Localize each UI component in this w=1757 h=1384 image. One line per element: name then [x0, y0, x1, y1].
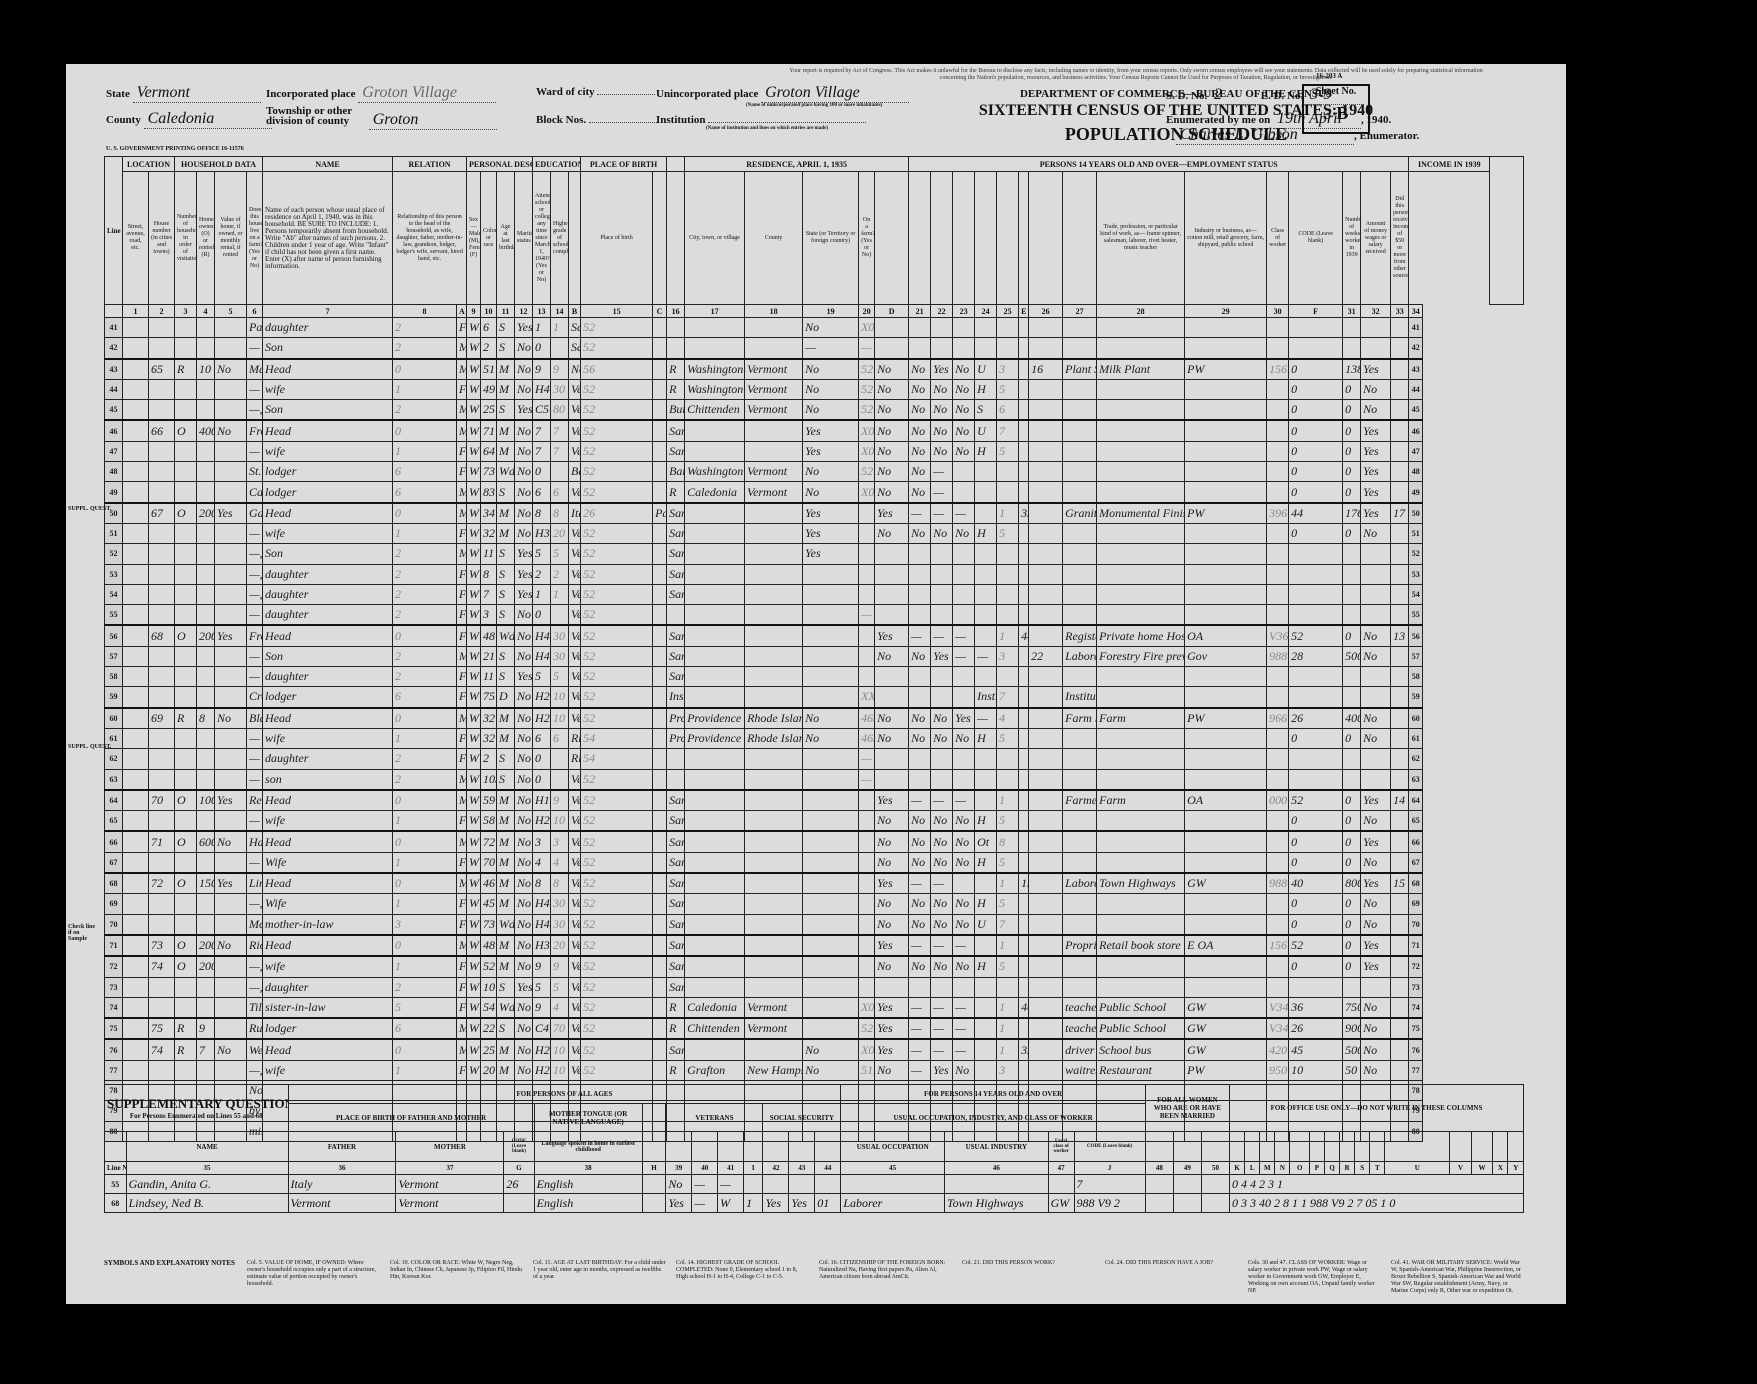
- cell-relation: daughter: [263, 605, 393, 626]
- cell-value: [197, 584, 215, 604]
- cell-value: [197, 605, 215, 626]
- table-row: 54—, Lona L.daughter2FW7SYes11Vermont52S…: [105, 584, 1524, 604]
- cell-relation: son: [263, 769, 393, 790]
- cell-name: — Maude S.: [247, 811, 263, 832]
- cell-wages: 800: [1343, 873, 1361, 894]
- cell-farm: Yes: [215, 625, 247, 646]
- cell-birthplace: Vermont: [569, 831, 581, 852]
- supp-cell-c44: [815, 1175, 841, 1194]
- cell-school: Yes: [515, 564, 533, 584]
- cell-c22: —: [909, 873, 931, 894]
- cell-code: 966 VV 1: [1267, 708, 1289, 729]
- all-ages-header: FOR PERSONS OF ALL AGES: [288, 1085, 841, 1104]
- cell-code: V36 92 4: [1267, 625, 1289, 646]
- line-number: 71: [1409, 935, 1423, 956]
- occupation-examples: Trade, profession, or particular kind of…: [1097, 172, 1185, 305]
- cell-race: W: [467, 523, 481, 543]
- cell-cA: 1: [393, 811, 457, 832]
- cell-other: No: [1361, 1018, 1391, 1039]
- cell-marital: S: [497, 977, 515, 997]
- cell-c22: [909, 564, 931, 584]
- cell-farm: [215, 482, 247, 503]
- cell-wages: 0: [1343, 728, 1361, 748]
- table-row: 45—, Harry A. (Ab)Son2MW25SYesC580Vermon…: [105, 400, 1524, 421]
- cell-school: No: [515, 503, 533, 524]
- cell-res-farm: No: [803, 379, 859, 399]
- line-number: 74: [1409, 997, 1423, 1018]
- cell-c22: No: [909, 852, 931, 873]
- table-row: 6470O1000YesRengman, Eugene E. ⊗Head0MW5…: [105, 790, 1524, 811]
- cell-street: [123, 605, 149, 626]
- cell-c34: [1391, 379, 1409, 399]
- cell-birthplace: Same Place: [569, 318, 581, 338]
- cell-grade: H2: [533, 708, 551, 729]
- cell-c24: No: [953, 811, 975, 832]
- cell-c24: [953, 687, 975, 708]
- cell-cD: [859, 873, 875, 894]
- cell-res-farm: [803, 914, 859, 935]
- cell-age: 11: [481, 544, 497, 564]
- cell-cD: [859, 625, 875, 646]
- cell-class: E OA: [1185, 935, 1267, 956]
- cell-house: [149, 728, 175, 748]
- cell-c34: [1391, 646, 1409, 666]
- line-number: 73: [105, 977, 123, 997]
- form-number: 16-203 A: [1316, 72, 1342, 80]
- cell-farm: [215, 977, 247, 997]
- cell-farm: No: [215, 359, 247, 380]
- cell-wages: 400: [1343, 708, 1361, 729]
- table-row: 59Crown, Rosa J.lodger6FW75DNoH210Vermon…: [105, 687, 1524, 708]
- cell-school: No: [515, 646, 533, 666]
- cell-race: W: [467, 811, 481, 832]
- cell-res-city: R: [667, 997, 685, 1018]
- cell-cE: [997, 318, 1019, 338]
- cell-class: PW: [1185, 359, 1267, 380]
- cell-relation: lodger: [263, 482, 393, 503]
- cell-sex: F: [457, 852, 467, 873]
- cell-name: —, Katherine M.: [247, 977, 263, 997]
- cell-sex: M: [457, 420, 467, 441]
- employment-header: PERSONS 14 YEARS OLD AND OVER—EMPLOYMENT…: [909, 157, 1409, 172]
- cell-class: [1185, 523, 1267, 543]
- table-row: 7274O2000—, Addie E.wife1FW52MNo99Vermon…: [105, 956, 1524, 977]
- cell-cC: 52: [581, 956, 653, 977]
- cell-res-state: Vermont: [745, 400, 803, 421]
- cell-other: No: [1361, 400, 1391, 421]
- cell-street: [123, 749, 149, 769]
- cell-cB: 30: [551, 914, 569, 935]
- cell-owned: [175, 605, 197, 626]
- cell-birthplace: Vermont: [569, 646, 581, 666]
- line-number: 55: [1409, 605, 1423, 626]
- cell-res-county: [685, 811, 745, 832]
- cell-weeks: 0: [1289, 523, 1343, 543]
- cell-house: 66: [149, 420, 175, 441]
- cell-res-county: [685, 667, 745, 687]
- cell-industry: [1097, 956, 1185, 977]
- cell-c25: [975, 935, 997, 956]
- cell-class: GW: [1185, 873, 1267, 894]
- cell-code: [1267, 420, 1289, 441]
- cell-race: W: [467, 728, 481, 748]
- cell-wages: [1343, 687, 1361, 708]
- cell-birthplace: Vermont: [569, 708, 581, 729]
- cell-owned: O: [175, 935, 197, 956]
- cell-cC: 52: [581, 873, 653, 894]
- cell-cC: 52: [581, 523, 653, 543]
- cell-sex: M: [457, 338, 467, 359]
- cell-school: Yes: [515, 318, 533, 338]
- cell-c22: No: [909, 379, 931, 399]
- cell-c22: No: [909, 728, 931, 748]
- cell-cit: [653, 977, 667, 997]
- cell-res-county: [685, 564, 745, 584]
- cell-code: [1267, 914, 1289, 935]
- cell-c27: [1029, 544, 1063, 564]
- cell-relation: Son: [263, 338, 393, 359]
- cell-res-farm: No: [803, 359, 859, 380]
- cell-res-farm: [803, 667, 859, 687]
- cell-marital: S: [497, 667, 515, 687]
- cell-cD: —: [859, 605, 875, 626]
- cell-grade: 7: [533, 441, 551, 461]
- cell-cA: 2: [393, 400, 457, 421]
- cell-street: [123, 400, 149, 421]
- cell-cit: [653, 338, 667, 359]
- cell-wages: 900: [1343, 1018, 1361, 1039]
- cell-relation: wife: [263, 728, 393, 748]
- cell-house: [149, 462, 175, 482]
- cell-c25: Inst.: [975, 687, 997, 708]
- supp-column-number-row: Line No.353637G38H394041I424344454647J48…: [105, 1162, 1524, 1175]
- cell-cC: 56: [581, 359, 653, 380]
- cell-value: [197, 318, 215, 338]
- cell-age: 22: [481, 1018, 497, 1039]
- cell-farm: [215, 997, 247, 1018]
- line-number: 48: [105, 462, 123, 482]
- cell-cA: 2: [393, 564, 457, 584]
- cell-industry: Monumental Finishing plant: [1097, 503, 1185, 524]
- cell-cD: X0V3: [859, 997, 875, 1018]
- line-number: 64: [1409, 790, 1423, 811]
- block-field: Block Nos.: [536, 114, 657, 126]
- supp-cell-c40: —: [692, 1175, 718, 1194]
- cell-cE: 5: [997, 811, 1019, 832]
- cell-res-city: Insto: [667, 687, 685, 708]
- cell-street: [123, 503, 149, 524]
- cell-c26: [1019, 338, 1029, 359]
- cell-c25: —: [975, 646, 997, 666]
- table-row: 77—, Geneva I. ⊗wife1FW20MNoH210Vermont5…: [105, 1060, 1524, 1080]
- cell-weeks: [1289, 667, 1343, 687]
- cell-c26: [1019, 564, 1029, 584]
- cell-res-state: [745, 605, 803, 626]
- cell-school: Yes: [515, 977, 533, 997]
- cell-farm: [215, 441, 247, 461]
- cell-relation: Wife: [263, 894, 393, 914]
- cell-owned: [175, 646, 197, 666]
- cell-grade: 0: [533, 749, 551, 769]
- cell-sex: F: [457, 997, 467, 1018]
- cell-c21: No: [875, 482, 909, 503]
- line-number: 49: [105, 482, 123, 503]
- cell-farm: [215, 687, 247, 708]
- cell-weeks: 0: [1289, 852, 1343, 873]
- cell-res-state: [745, 749, 803, 769]
- cell-weeks: 28: [1289, 646, 1343, 666]
- cell-weeks: [1289, 564, 1343, 584]
- cell-birthplace: Vermont: [569, 400, 581, 421]
- cell-value: [197, 769, 215, 790]
- relation-header: RELATION: [393, 157, 467, 172]
- cell-c27: [1029, 687, 1063, 708]
- cell-c25: H: [975, 956, 997, 977]
- cell-code: [1267, 667, 1289, 687]
- cell-relation: daughter: [263, 667, 393, 687]
- cell-wages: 0: [1343, 420, 1361, 441]
- cell-other: No: [1361, 625, 1391, 646]
- cell-cD: [859, 977, 875, 997]
- line-number: 76: [105, 1039, 123, 1060]
- supp-cell-language: English: [534, 1194, 642, 1213]
- cell-c24: —: [953, 935, 975, 956]
- cell-birthplace: Vermont: [569, 852, 581, 873]
- cell-c21: Yes: [875, 1039, 909, 1060]
- line-number: 68: [1409, 873, 1423, 894]
- cell-cB: 20: [551, 523, 569, 543]
- cell-school: No: [515, 811, 533, 832]
- cell-res-state: Vermont: [745, 462, 803, 482]
- cell-res-city: Providence: [667, 728, 685, 748]
- cell-c25: H: [975, 379, 997, 399]
- cell-farm: [215, 749, 247, 769]
- cell-industry: Restaurant: [1097, 1060, 1185, 1080]
- cell-street: [123, 852, 149, 873]
- line-number: 70: [1409, 914, 1423, 935]
- cell-res-city: R: [667, 1060, 685, 1080]
- cell-c21: [875, 564, 909, 584]
- cell-cB: [551, 462, 569, 482]
- cell-res-state: [745, 338, 803, 359]
- cell-code: [1267, 400, 1289, 421]
- cell-c27: [1029, 564, 1063, 584]
- cell-cD: [859, 667, 875, 687]
- cell-owned: [175, 977, 197, 997]
- table-row: 4365R10NoMacMillan, Harry A. ⊗Head0MW51M…: [105, 359, 1524, 380]
- cell-res-state: [745, 873, 803, 894]
- cell-c27: [1029, 956, 1063, 977]
- cell-farm: [215, 667, 247, 687]
- cell-farm: [215, 914, 247, 935]
- cell-relation: lodger: [263, 687, 393, 708]
- cell-c26: [1019, 749, 1029, 769]
- cell-res-farm: Yes: [803, 441, 859, 461]
- cell-cE: 3: [997, 359, 1019, 380]
- cell-weeks: [1289, 749, 1343, 769]
- cell-weeks: 52: [1289, 625, 1343, 646]
- cell-class: [1185, 420, 1267, 441]
- cell-relation: Head: [263, 1039, 393, 1060]
- cell-industry: Farm: [1097, 790, 1185, 811]
- cell-c26: [1019, 605, 1029, 626]
- cell-other: [1361, 977, 1391, 997]
- cell-c34: [1391, 728, 1409, 748]
- cell-street: [123, 544, 149, 564]
- cell-cD: [859, 894, 875, 914]
- cell-industry: [1097, 605, 1185, 626]
- cell-cE: 3: [997, 1060, 1019, 1080]
- line-number: 54: [105, 584, 123, 604]
- table-row: 6069R8NoBlanchard, LymanHead0MW32MNoH210…: [105, 708, 1524, 729]
- cell-farm: [215, 523, 247, 543]
- cell-c24: No: [953, 359, 975, 380]
- cell-cD: 5215: [859, 400, 875, 421]
- cell-c22: No: [909, 914, 931, 935]
- cell-cC: 52: [581, 420, 653, 441]
- cell-value: [197, 687, 215, 708]
- cell-cB: [551, 338, 569, 359]
- supp-cell-c43: Yes: [789, 1194, 815, 1213]
- cell-farm: [215, 564, 247, 584]
- cell-cit: [653, 523, 667, 543]
- cell-res-county: Washington: [685, 462, 745, 482]
- cell-c21: [875, 318, 909, 338]
- cell-cE: [997, 667, 1019, 687]
- cell-res-state: Rhode Island: [745, 708, 803, 729]
- line-number: 51: [105, 523, 123, 543]
- cell-code: 420 91 2: [1267, 1039, 1289, 1060]
- supp-cell-line: 68: [105, 1194, 127, 1213]
- cell-race: W: [467, 564, 481, 584]
- cell-cD: [859, 646, 875, 666]
- cell-cB: 9: [551, 956, 569, 977]
- cell-c27: 22: [1029, 646, 1063, 666]
- cell-res-city: Same Place: [667, 441, 685, 461]
- cell-cit: [653, 1018, 667, 1039]
- cell-school: No: [515, 1018, 533, 1039]
- cell-cit: [653, 894, 667, 914]
- supp-table-body: 55Gandin, Anita G.ItalyVermont26EnglishN…: [105, 1175, 1524, 1213]
- cell-cB: 80: [551, 400, 569, 421]
- cell-street: [123, 997, 149, 1018]
- cell-industry: Private home Hospital: [1097, 625, 1185, 646]
- cell-farm: [215, 544, 247, 564]
- line-number: 61: [1409, 728, 1423, 748]
- veterans-header: VETERANS: [666, 1104, 763, 1132]
- cell-res-state: Vermont: [745, 482, 803, 503]
- cell-c24: —: [953, 625, 975, 646]
- cell-c25: H: [975, 894, 997, 914]
- cell-class: [1185, 687, 1267, 708]
- cell-name: —, Lona L.: [247, 584, 263, 604]
- cell-res-city: Same house: [667, 544, 685, 564]
- cell-marital: M: [497, 420, 515, 441]
- supp-title: SUPPLEMENTARY QUESTIONS For Persons Enum…: [105, 1085, 289, 1132]
- cell-school: No: [515, 523, 533, 543]
- cell-code: [1267, 523, 1289, 543]
- cell-wages: 0: [1343, 625, 1361, 646]
- cell-code: [1267, 605, 1289, 626]
- table-row: 44— Gladys A.wife1FW49MNoH430Vermont52RW…: [105, 379, 1524, 399]
- cell-race: W: [467, 503, 481, 524]
- sheet-side: B: [1336, 103, 1348, 123]
- cell-cC: 52: [581, 935, 653, 956]
- cell-sex: F: [457, 914, 467, 935]
- cell-cE: 1: [997, 625, 1019, 646]
- cell-cC: 52: [581, 769, 653, 790]
- cell-farm: [215, 1060, 247, 1080]
- cell-street: [123, 625, 149, 646]
- cell-occupation: teacher: [1063, 997, 1097, 1018]
- cell-owned: [175, 400, 197, 421]
- cell-cE: 5: [997, 728, 1019, 748]
- cell-grade: 7: [533, 420, 551, 441]
- cell-wages: 0: [1343, 441, 1361, 461]
- cell-res-farm: Yes: [803, 523, 859, 543]
- cell-relation: Head: [263, 790, 393, 811]
- cell-other: Yes: [1361, 441, 1391, 461]
- cell-value: [197, 544, 215, 564]
- cell-value: 600: [197, 831, 215, 852]
- cell-code: [1267, 441, 1289, 461]
- cell-race: W: [467, 1018, 481, 1039]
- cell-c21: No: [875, 359, 909, 380]
- cell-c34: [1391, 956, 1409, 977]
- supp-cell-codeJ: 7: [1074, 1175, 1145, 1194]
- supp-cell-c43: [789, 1175, 815, 1194]
- cell-c27: [1029, 625, 1063, 646]
- county-field: County Caledonia: [106, 110, 272, 129]
- cell-value: [197, 997, 215, 1018]
- cell-wages: [1343, 977, 1361, 997]
- cell-race: W: [467, 708, 481, 729]
- cell-cB: 9: [551, 359, 569, 380]
- cell-value: 2000: [197, 956, 215, 977]
- cell-res-farm: No: [803, 482, 859, 503]
- cell-age: 48: [481, 935, 497, 956]
- cell-cA: 6: [393, 687, 457, 708]
- cell-c23: [931, 338, 953, 359]
- cell-grade: 9: [533, 997, 551, 1018]
- cell-owned: R: [175, 708, 197, 729]
- cell-birthplace: Vermont: [569, 1060, 581, 1080]
- cell-cE: [997, 749, 1019, 769]
- cell-c34: [1391, 338, 1409, 359]
- cell-age: 52: [481, 956, 497, 977]
- cell-cit: [653, 831, 667, 852]
- cell-cB: 8: [551, 873, 569, 894]
- cell-res-state: Vermont: [745, 997, 803, 1018]
- cell-res-state: [745, 811, 803, 832]
- cell-sex: F: [457, 894, 467, 914]
- cell-res-city: [667, 338, 685, 359]
- table-row: 47— Louisa A.wife1FW64MNo77Vermont52Same…: [105, 441, 1524, 461]
- cell-code: [1267, 338, 1289, 359]
- cell-c23: [931, 977, 953, 997]
- cell-c23: —: [931, 1018, 953, 1039]
- cell-wages: 0: [1343, 831, 1361, 852]
- cell-cC: 52: [581, 1039, 653, 1060]
- cell-wages: 0: [1343, 852, 1361, 873]
- cell-c24: [953, 482, 975, 503]
- table-row: 7674R7NoWelch, Gordon L.Head0MW25MNoH210…: [105, 1039, 1524, 1060]
- cell-industry: Town Highways: [1097, 873, 1185, 894]
- cell-res-county: [685, 318, 745, 338]
- cell-age: 32: [481, 523, 497, 543]
- table-row: 70McErillis, Carrie E. (ab)mother-in-law…: [105, 914, 1524, 935]
- cell-race: W: [467, 1039, 481, 1060]
